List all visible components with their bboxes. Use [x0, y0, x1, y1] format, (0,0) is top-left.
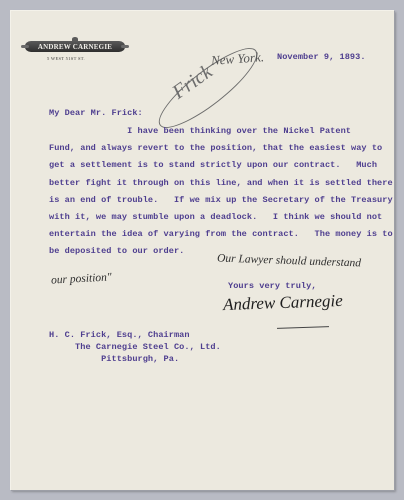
body-line: I have been thinking over the Nickel Pat…: [49, 123, 393, 140]
letter-page: ANDREW CARNEGIE 5 WEST 51ST ST. Frick Ne…: [10, 10, 394, 490]
letter-date: November 9, 1893.: [277, 51, 366, 63]
addressee-line: H. C. Frick, Esq., Chairman: [49, 329, 221, 341]
closing: Yours very truly,: [228, 280, 317, 292]
body-line: with it, we may stumble upon a deadlock.…: [49, 209, 393, 226]
addressee-block: H. C. Frick, Esq., Chairman The Carnegie…: [49, 329, 221, 365]
printed-place-new-york: New York.: [211, 49, 265, 69]
letter-body: I have been thinking over the Nickel Pat…: [49, 123, 393, 261]
body-line: is an end of trouble. If we mix up the S…: [49, 192, 393, 209]
body-line: entertain the idea of varying from the c…: [49, 226, 393, 243]
signature: Andrew Carnegie: [223, 291, 343, 315]
letterhead-banner: ANDREW CARNEGIE: [25, 41, 125, 52]
addressee-line: Pittsburgh, Pa.: [49, 353, 221, 365]
handwritten-note-line-2: our position": [51, 271, 112, 286]
letterhead-address: 5 WEST 51ST ST.: [47, 56, 85, 61]
body-line: Fund, and always revert to the position,…: [49, 140, 393, 157]
salutation: My Dear Mr. Frick:: [49, 107, 143, 119]
letterhead-name: ANDREW CARNEGIE: [38, 43, 112, 51]
body-line: better fight it through on this line, an…: [49, 175, 393, 192]
addressee-line: The Carnegie Steel Co., Ltd.: [49, 341, 221, 353]
body-line: get a settlement is to stand strictly up…: [49, 157, 393, 174]
letterhead: ANDREW CARNEGIE 5 WEST 51ST ST.: [25, 37, 125, 69]
signature-underline: [277, 326, 329, 329]
